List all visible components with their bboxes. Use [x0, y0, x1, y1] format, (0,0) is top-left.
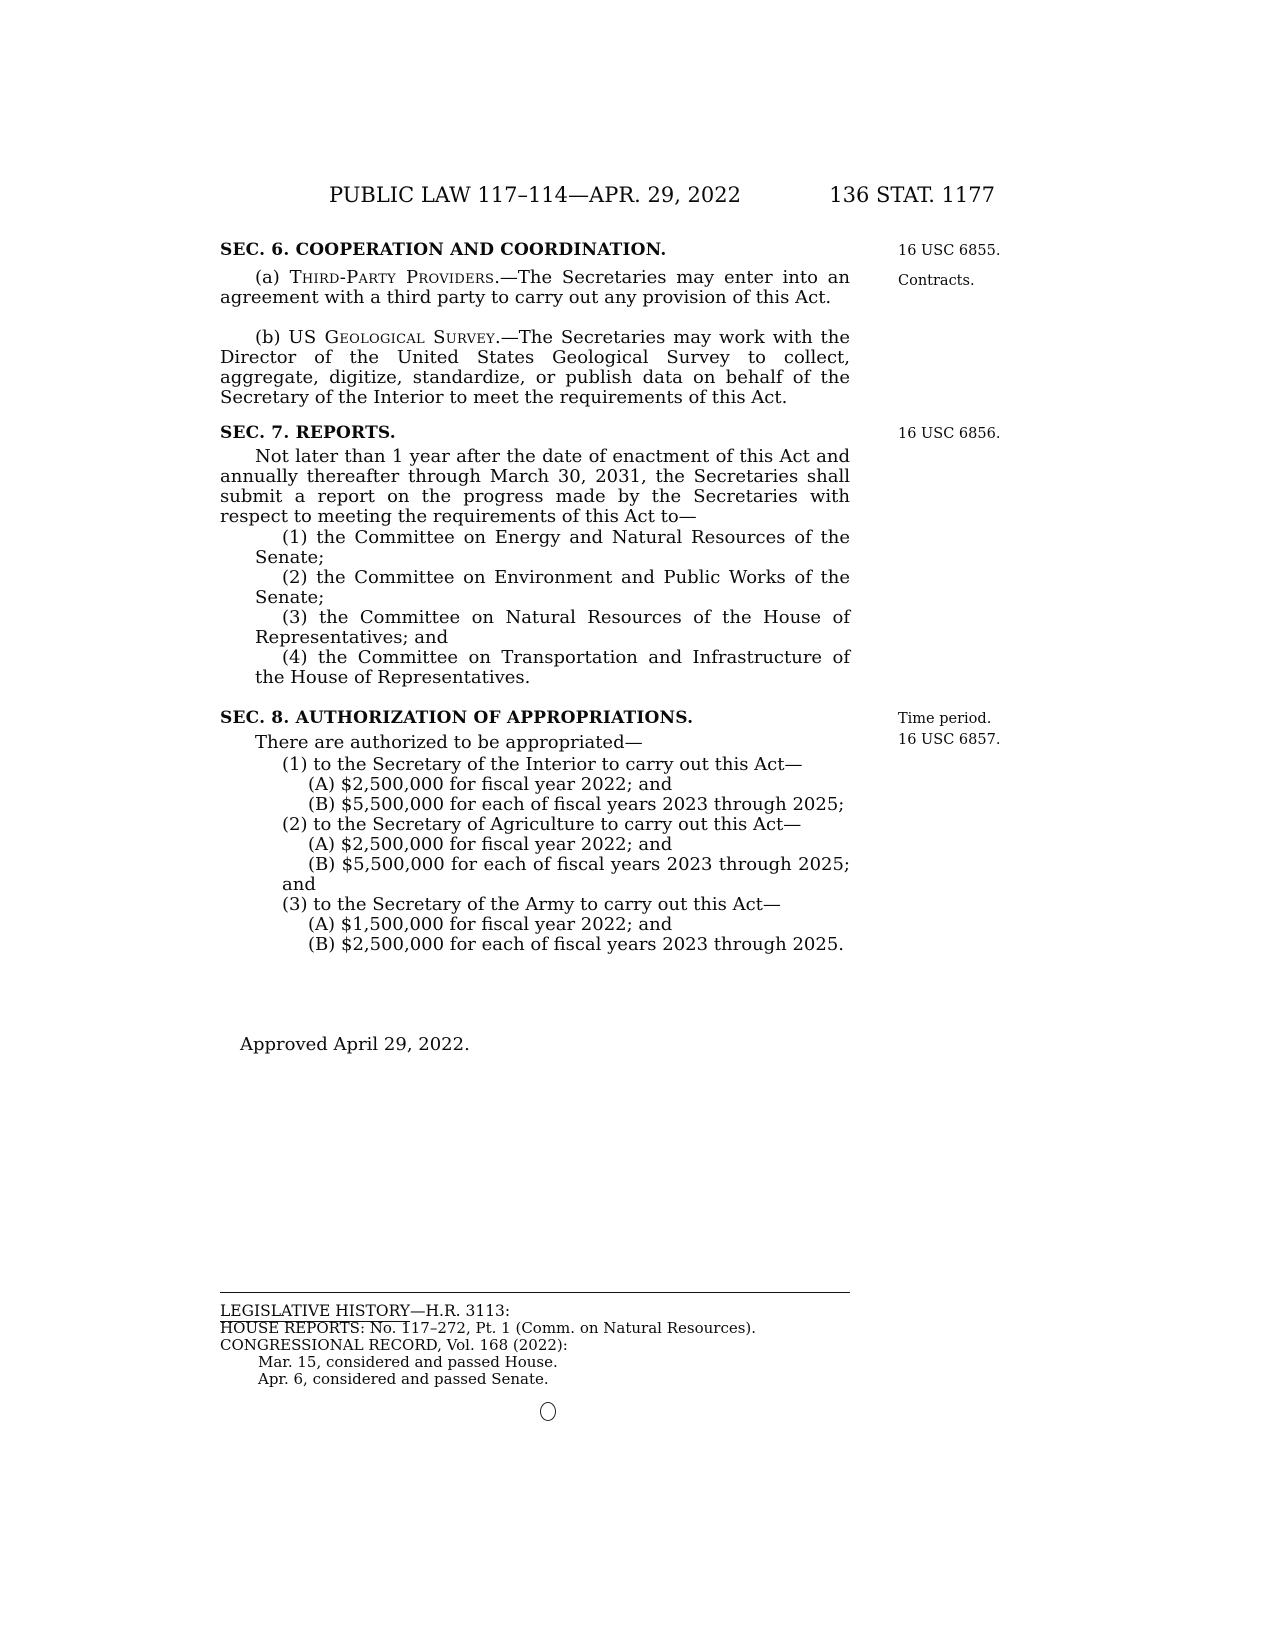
- section-7-items: (1) the Committee on Energy and Natural …: [220, 528, 850, 688]
- margin-note-16-usc-6856: 16 USC 6856.: [898, 426, 1016, 443]
- paragraph-a-smallcaps-lead: Third-Party Providers: [290, 267, 495, 288]
- section-6-paragraph-b: (b) US Geological Survey.—The Secretarie…: [220, 328, 850, 408]
- section-8-items: (1) to the Secretary of the Interior to …: [220, 755, 850, 955]
- report-recipient-item-3: (3) the Committee on Natural Resources o…: [220, 608, 850, 648]
- margin-note-contracts: Contracts.: [898, 273, 1016, 290]
- section-8-heading: SEC. 8. AUTHORIZATION OF APPROPRIATIONS.: [220, 708, 850, 728]
- end-of-law-circle-icon: [540, 1402, 556, 1421]
- statute-page: PUBLIC LAW 117–114—APR. 29, 2022 136 STA…: [0, 0, 1275, 1650]
- report-recipient-item-2: (2) the Committee on Environment and Pub…: [220, 568, 850, 608]
- margin-note-time-period-line: Time period.: [898, 709, 1016, 730]
- section-8-intro: There are authorized to be appropriated—: [220, 733, 850, 753]
- section-6-paragraph-a: (a) Third-Party Providers.—The Secretari…: [220, 268, 850, 308]
- report-recipient-item-4: (4) the Committee on Transportation and …: [220, 648, 850, 688]
- appropriation-item-3: (3) to the Secretary of the Army to carr…: [220, 895, 850, 915]
- margin-note-16-usc-6855: 16 USC 6855.: [898, 243, 1016, 260]
- appropriation-item-2A: (A) $2,500,000 for fiscal year 2022; and: [220, 835, 850, 855]
- legislative-history-body: HOUSE REPORTS: No. 117–272, Pt. 1 (Comm.…: [220, 1320, 850, 1388]
- appropriation-item-3B: (B) $2,500,000 for each of fiscal years …: [220, 935, 850, 955]
- section-6-heading: SEC. 6. COOPERATION AND COORDINATION.: [220, 240, 850, 260]
- history-line-congressional-record: CONGRESSIONAL RECORD, Vol. 168 (2022):: [220, 1337, 850, 1354]
- appropriation-item-2B: (B) $5,500,000 for each of fiscal years …: [220, 855, 850, 895]
- paragraph-b-enum: (b): [255, 327, 288, 348]
- appropriation-item-1A: (A) $2,500,000 for fiscal year 2022; and: [220, 775, 850, 795]
- history-line-house-reports: HOUSE REPORTS: No. 117–272, Pt. 1 (Comm.…: [220, 1320, 850, 1337]
- paragraph-b-smallcaps-lead: US Geological Survey: [288, 327, 495, 348]
- legislative-history-title: LEGISLATIVE HISTORY—H.R. 3113:: [220, 1302, 850, 1320]
- history-subline-house: Mar. 15, considered and passed House.: [220, 1354, 850, 1371]
- legislative-history-rule: [220, 1292, 850, 1293]
- appropriation-item-1: (1) to the Secretary of the Interior to …: [220, 755, 850, 775]
- paragraph-a-enum: (a): [255, 267, 290, 288]
- page-header-title: PUBLIC LAW 117–114—APR. 29, 2022: [220, 183, 850, 207]
- legislative-history-bill-number: —H.R. 3113:: [410, 1302, 510, 1320]
- report-recipient-item-1: (1) the Committee on Energy and Natural …: [220, 528, 850, 568]
- margin-note-16-usc-6857: 16 USC 6857.: [898, 730, 1016, 751]
- section-7-intro: Not later than 1 year after the date of …: [220, 447, 850, 527]
- appropriation-item-2: (2) to the Secretary of Agriculture to c…: [220, 815, 850, 835]
- approved-line: Approved April 29, 2022.: [220, 1035, 870, 1055]
- appropriation-item-1B: (B) $5,500,000 for each of fiscal years …: [220, 795, 850, 815]
- margin-note-time-period: Time period. 16 USC 6857.: [898, 709, 1016, 751]
- page-header-stat-number: 136 STAT. 1177: [829, 183, 995, 207]
- section-7-heading: SEC. 7. REPORTS.: [220, 423, 850, 443]
- history-subline-senate: Apr. 6, considered and passed Senate.: [220, 1371, 850, 1388]
- appropriation-item-3A: (A) $1,500,000 for fiscal year 2022; and: [220, 915, 850, 935]
